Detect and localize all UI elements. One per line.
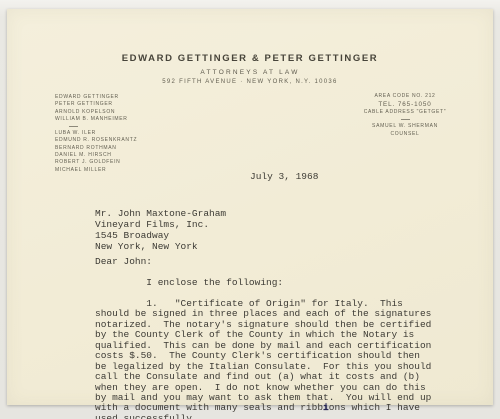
letterhead-firm-name: EDWARD GETTINGER & PETER GETTINGER bbox=[7, 53, 493, 64]
associate-name: DANIEL M. HIRSCH bbox=[55, 152, 137, 159]
letter-body: I enclose the following: 1. "Certificate… bbox=[95, 278, 445, 419]
letterhead-attorney-list: EDWARD GETTINGER PETER GETTINGER ARNOLD … bbox=[55, 94, 137, 174]
letterhead-contact-block: AREA CODE NO. 212 TEL. 765-1050 CABLE AD… bbox=[340, 93, 470, 138]
partner-name: PETER GETTINGER bbox=[55, 101, 137, 108]
cable-address: CABLE ADDRESS "GETGET" bbox=[340, 109, 470, 117]
partner-name: EDWARD GETTINGER bbox=[55, 94, 137, 101]
associate-name: ROBERT J. GOLDFEIN bbox=[55, 159, 137, 166]
letter-body-text: I enclose the following: 1. "Certificate… bbox=[95, 277, 431, 413]
telephone: TEL. 765-1050 bbox=[340, 101, 470, 109]
associate-name: BERNARD ROTHMAN bbox=[55, 145, 137, 152]
letter-paper: EDWARD GETTINGER & PETER GETTINGER ATTOR… bbox=[7, 9, 493, 405]
letterhead-address: 592 FIFTH AVENUE · NEW YORK, N.Y. 10036 bbox=[7, 79, 493, 85]
area-code: AREA CODE NO. 212 bbox=[340, 93, 470, 101]
counsel-name: SAMUEL W. SHERMAN bbox=[340, 123, 470, 131]
letter-date: July 3, 1968 bbox=[250, 171, 318, 182]
scanned-letter-page: EDWARD GETTINGER & PETER GETTINGER ATTOR… bbox=[0, 0, 500, 419]
divider-rule bbox=[69, 126, 78, 127]
divider-rule bbox=[401, 119, 410, 120]
salutation: Dear John: bbox=[95, 256, 152, 267]
associate-name: EDMUND R. ROSENKRANTZ bbox=[55, 137, 137, 144]
partner-name: ARNOLD KOPELSON bbox=[55, 109, 137, 116]
counsel-title: COUNSEL bbox=[340, 131, 470, 139]
letterhead-subtitle: ATTORNEYS AT LAW bbox=[7, 69, 493, 76]
partner-name: WILLIAM B. MANHEIMER bbox=[55, 116, 137, 123]
recipient-address-block: Mr. John Maxtone-Graham Vineyard Films, … bbox=[95, 208, 226, 252]
associate-name: LUBA W. ILER bbox=[55, 130, 137, 137]
associate-name: MICHAEL MILLER bbox=[55, 167, 137, 174]
